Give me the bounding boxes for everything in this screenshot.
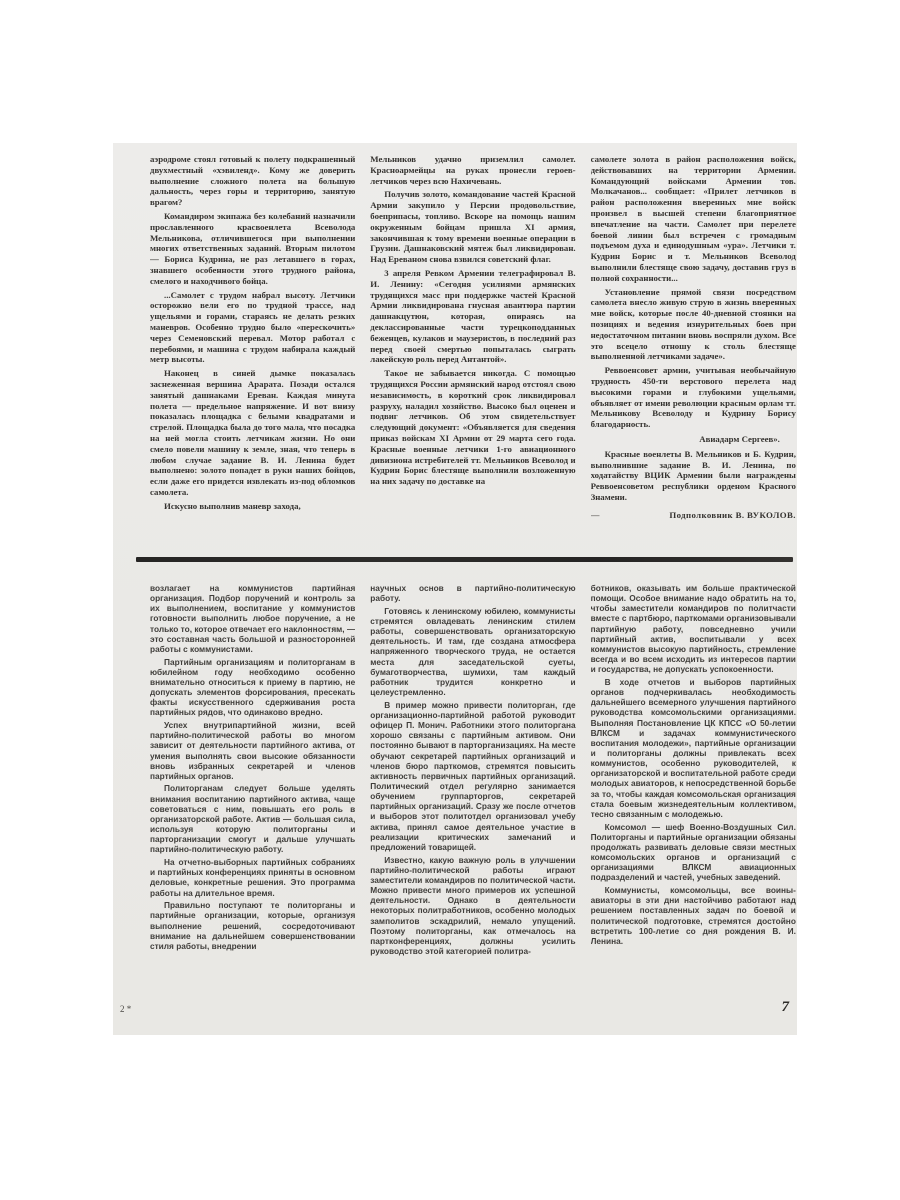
paragraph: научных основ в партийно-политическую ра… bbox=[370, 583, 575, 603]
bottom-column-1: возлагает на коммунистов партийная орган… bbox=[150, 583, 355, 1023]
paragraph: Партийным организациям и политорганам в … bbox=[150, 657, 355, 718]
paragraph: Искусно выполнив маневр захода, bbox=[150, 501, 355, 512]
paragraph: ...Самолет с трудом набрал высоту. Летчи… bbox=[150, 290, 355, 366]
paragraph: Красные военлеты В. Мельников и Б. Кудри… bbox=[591, 449, 796, 503]
paragraph: В ходе отчетов и выборов партийных орган… bbox=[591, 677, 796, 819]
paragraph: ботников, оказывать им больше практическ… bbox=[591, 583, 796, 674]
paragraph: На отчетно-выборных партийных собраниях … bbox=[150, 857, 355, 898]
section-divider-rule bbox=[136, 557, 793, 562]
paragraph: Мельников удачно приземлил самолет. Крас… bbox=[370, 154, 575, 186]
signature-aviadarm: Авиадарм Сергеев». bbox=[591, 434, 796, 445]
page-number: 7 bbox=[782, 999, 790, 1016]
paragraph: В пример можно привести политорган, где … bbox=[370, 700, 575, 852]
article-bottom-section: возлагает на коммунистов партийная орган… bbox=[150, 583, 796, 1023]
paragraph: Получив золото, командование частей Крас… bbox=[370, 189, 575, 265]
paragraph: Реввоенсовет армии, учитывая необычайную… bbox=[591, 365, 796, 430]
paragraph: Политорганам следует больше уделять вним… bbox=[150, 783, 355, 854]
paragraph: Готовясь к ленинскому юбилею, коммунисты… bbox=[370, 606, 575, 697]
article-top-section: аэродроме стоял готовый к полету подкраш… bbox=[150, 154, 796, 548]
bottom-column-3: ботников, оказывать им больше практическ… bbox=[591, 583, 796, 1023]
paragraph: Командиром экипажа без колебаний назначи… bbox=[150, 211, 355, 287]
paragraph: Комсомол — шеф Военно-Воздушных Сил. Пол… bbox=[591, 822, 796, 883]
paragraph: Правильно поступают те политорганы и пар… bbox=[150, 900, 355, 951]
bottom-column-2: научных основ в партийно-политическую ра… bbox=[370, 583, 575, 1023]
paragraph: 3 апреля Ревком Армении телеграфировал В… bbox=[370, 268, 575, 365]
paragraph: Коммунисты, комсомольцы, все воины-авиат… bbox=[591, 885, 796, 946]
paragraph: самолете золота в район расположения вой… bbox=[591, 154, 796, 284]
author-byline: Подполковник В. ВУКОЛОВ. bbox=[669, 510, 796, 521]
signature-mark: 2 * bbox=[120, 1004, 131, 1014]
paragraph: Установление прямой связи посредством са… bbox=[591, 287, 796, 363]
paragraph: аэродроме стоял готовый к полету подкраш… bbox=[150, 154, 355, 208]
paragraph: Успех внутрипартийной жизни, всей партий… bbox=[150, 720, 355, 781]
top-column-3: самолете золота в район расположения вой… bbox=[591, 154, 796, 548]
magazine-page: аэродроме стоял готовый к полету подкраш… bbox=[113, 143, 797, 1035]
top-column-2: Мельников удачно приземлил самолет. Крас… bbox=[370, 154, 575, 548]
paragraph: возлагает на коммунистов партийная орган… bbox=[150, 583, 355, 654]
paragraph: Известно, какую важную роль в улучшении … bbox=[370, 855, 575, 957]
paragraph: Наконец в синей дымке показалась заснеже… bbox=[150, 368, 355, 498]
paragraph: Такое не забывается никогда. С помощью т… bbox=[370, 368, 575, 487]
top-column-1: аэродроме стоял готовый к полету подкраш… bbox=[150, 154, 355, 548]
byline-row: — Подполковник В. ВУКОЛОВ. bbox=[591, 510, 796, 521]
byline-dash: — bbox=[591, 510, 599, 521]
